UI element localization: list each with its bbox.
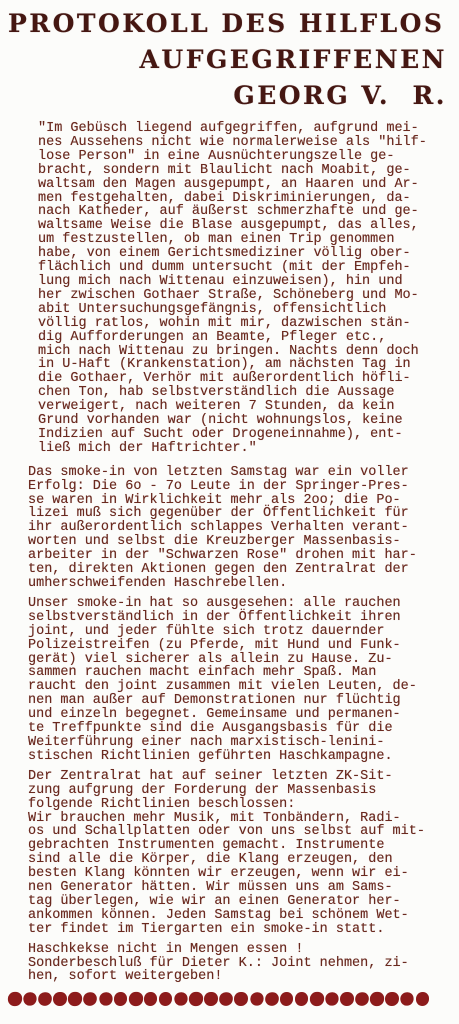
- text-line: bracht, sondern mit Blaulicht nach Moabi…: [38, 164, 453, 178]
- text-line: folgende Richtlinien beschlossen:: [28, 798, 453, 812]
- text-line: lizei muß sich gegenüber der Öffentlichk…: [28, 507, 453, 521]
- bullet-dot-row: [8, 992, 459, 1006]
- text-line: habe, von einem Gerichtsmediziner völlig…: [38, 247, 453, 261]
- text-line: um festzustellen, ob man einen Trip geno…: [38, 233, 453, 247]
- bullet-dot: [295, 992, 309, 1006]
- text-line: lose Person" in eine Ausnüchterungszelle…: [38, 150, 453, 164]
- bullet-dot: [310, 992, 324, 1006]
- text-line: te Treffpunkte sind die Ausgangsbasis fü…: [28, 722, 453, 736]
- text-line: "Im Gebüsch liegend aufgegriffen, aufgru…: [38, 122, 453, 136]
- text-line: stischen Richtlinien geführten Haschkamp…: [28, 750, 453, 764]
- bullet-dot: [416, 992, 430, 1006]
- text-line: raucht den joint zusammen mit vielen Leu…: [28, 680, 453, 694]
- text-line: nen Generator hätten. Wir müssen uns am …: [28, 881, 453, 895]
- bullet-dot: [68, 992, 82, 1006]
- text-line: umherschweifenden Haschrebellen.: [28, 577, 453, 591]
- bullet-dot: [264, 992, 279, 1007]
- bullet-dot: [249, 992, 263, 1007]
- text-line: zung aufgrung der Forderung der Massenba…: [28, 784, 453, 798]
- text-line: gebrachten Instrumenten gemacht. Instrum…: [28, 839, 453, 853]
- text-line: flächlich und dumm untersucht (mit der E…: [38, 261, 453, 275]
- text-line: waltsame Weise die Blase ausgepumpt, das…: [38, 219, 453, 233]
- paragraph: Das smoke-in von letzten Samstag war ein…: [0, 466, 459, 591]
- text-line: Erfolg: Die 6o - 7o Leute in der Springe…: [28, 480, 453, 494]
- text-line: nach Katheder, auf äußerst schmerzhafte …: [38, 205, 453, 219]
- paragraph: Der Zentralrat hat auf seiner letzten ZK…: [0, 770, 459, 937]
- text-line: Unser smoke-in hat so ausgesehen: alle r…: [28, 597, 453, 611]
- title-line: PROTOKOLL DES HILFLOS: [8, 6, 447, 42]
- bullet-dot: [83, 992, 98, 1007]
- paragraph: Unser smoke-in hat so ausgesehen: alle r…: [0, 597, 459, 764]
- text-line: Grund vorhanden war (nicht wohnungslos, …: [38, 414, 453, 428]
- bullet-dot: [280, 992, 294, 1006]
- text-line: Wir brauchen mehr Musik, mit Tonbändern,…: [28, 812, 453, 826]
- text-line: Haschkekse nicht in Mengen essen !: [28, 943, 453, 957]
- quote-paragraph: "Im Gebüsch liegend aufgegriffen, aufgru…: [0, 122, 459, 456]
- text-line: besten Klang könnten wir erzeugen, wenn …: [28, 867, 453, 881]
- text-line: joint, und jeder fühlte sich trotz dauer…: [28, 625, 453, 639]
- bullet-dot: [385, 992, 399, 1006]
- text-line: hen, sofort weitergeben!: [28, 970, 453, 984]
- text-line: men festgehalten, dabei Diskriminierunge…: [38, 192, 453, 206]
- text-line: selbstverständlich in der Öffentlichkeit…: [28, 611, 453, 625]
- text-line: ten, direkten Aktionen gegen den Zentral…: [28, 563, 453, 577]
- text-line: ließ mich der Haftrichter.": [38, 442, 453, 456]
- text-line: Das smoke-in von letzten Samstag war ein…: [28, 466, 453, 480]
- bullet-dot: [159, 992, 173, 1006]
- text-line: die Gothaer, Verhör mit außerordentlich …: [38, 372, 453, 386]
- bullet-dot: [189, 992, 203, 1006]
- paragraph: Haschkekse nicht in Mengen essen !Sonder…: [0, 943, 459, 985]
- text-line: gerät) viel sicherer als allein zu Hause…: [28, 653, 453, 667]
- text-line: und einzeln begegnet. Gemeinsame und per…: [28, 708, 453, 722]
- title-line: AUFGEGRIFFENEN: [8, 42, 447, 78]
- title-line: GEORG V. R.: [8, 78, 447, 114]
- text-line: Der Zentralrat hat auf seiner letzten ZK…: [28, 770, 453, 784]
- bullet-dot: [23, 992, 37, 1007]
- bullet-dot: [8, 992, 22, 1006]
- document-body: "Im Gebüsch liegend aufgegriffen, aufgru…: [0, 122, 459, 984]
- text-line: verweigert, nach weiteren 7 Stunden, da …: [38, 400, 453, 414]
- text-line: lung mich nach Wittenau einzuweisen), hi…: [38, 275, 453, 289]
- bullet-dot: [354, 992, 369, 1007]
- document-title: PROTOKOLL DES HILFLOS AUFGEGRIFFENEN GEO…: [0, 6, 459, 114]
- text-line: nes Aussehens nicht wie normalerweise al…: [38, 136, 453, 150]
- text-line: abit Untersuchungsgefängnis, offensichtl…: [38, 303, 453, 317]
- bullet-dot: [204, 992, 218, 1006]
- text-line: chen Ton, hab selbstverständlich die Aus…: [38, 386, 453, 400]
- text-line: sind alle die Körper, die Klang erzeugen…: [28, 853, 453, 867]
- text-line: nen man außer auf Demonstrationen nur fl…: [28, 694, 453, 708]
- bullet-dot: [325, 992, 339, 1007]
- text-line: mich nach Wittenau zu bringen. Nachts de…: [38, 345, 453, 359]
- text-line: Indizien auf Sucht oder Drogeneinnahme),…: [38, 428, 453, 442]
- bullet-dot: [38, 992, 53, 1007]
- text-line: dig Aufforderungen an Beamte, Pfleger et…: [38, 331, 453, 345]
- text-line: ter findet im Tiergarten ein smoke-in st…: [28, 923, 453, 937]
- bullet-dot: [114, 992, 128, 1006]
- bullet-dot: [219, 992, 234, 1007]
- text-line: tag überlegen, wie wir an einen Generato…: [28, 895, 453, 909]
- bullet-dot: [144, 992, 158, 1006]
- bullet-dot: [129, 992, 143, 1006]
- text-line: waltsam den Magen ausgepumpt, an Haaren …: [38, 178, 453, 192]
- bullet-dot: [98, 992, 112, 1007]
- text-line: ihr außerordentlich schlappes Verhalten …: [28, 521, 453, 535]
- text-line: Polizeistreifen (zu Pferde, mit Hund und…: [28, 639, 453, 653]
- text-line: arbeiter in der "Schwarzen Rose" drohen …: [28, 549, 453, 563]
- bullet-dot: [234, 992, 248, 1006]
- text-line: in U-Haft (Krankenstation), am nächsten …: [38, 358, 453, 372]
- bullet-dot: [53, 992, 67, 1006]
- bullet-dot: [370, 992, 384, 1006]
- text-line: ankommen können. Jeden Samstag bei schön…: [28, 909, 453, 923]
- document-page: PROTOKOLL DES HILFLOS AUFGEGRIFFENEN GEO…: [0, 0, 459, 1024]
- text-line: os und Schallplatten oder von uns selbst…: [28, 825, 453, 839]
- text-line: Sonderbeschluß für Dieter K.: Joint nehm…: [28, 957, 453, 971]
- text-line: her zwischen Gothaer Straße, Schöneberg …: [38, 289, 453, 303]
- text-line: sammen rauchen macht einfach mehr Spaß. …: [28, 666, 453, 680]
- text-line: worten und selbst die Kreuzberger Massen…: [28, 535, 453, 549]
- bullet-dot: [174, 992, 188, 1007]
- text-line: völlig ratlos, wohin mit mir, dazwischen…: [38, 317, 453, 331]
- bullet-dot: [340, 992, 354, 1006]
- bullet-dot: [400, 992, 414, 1007]
- text-line: Weiterführung einer nach marxistisch-len…: [28, 736, 453, 750]
